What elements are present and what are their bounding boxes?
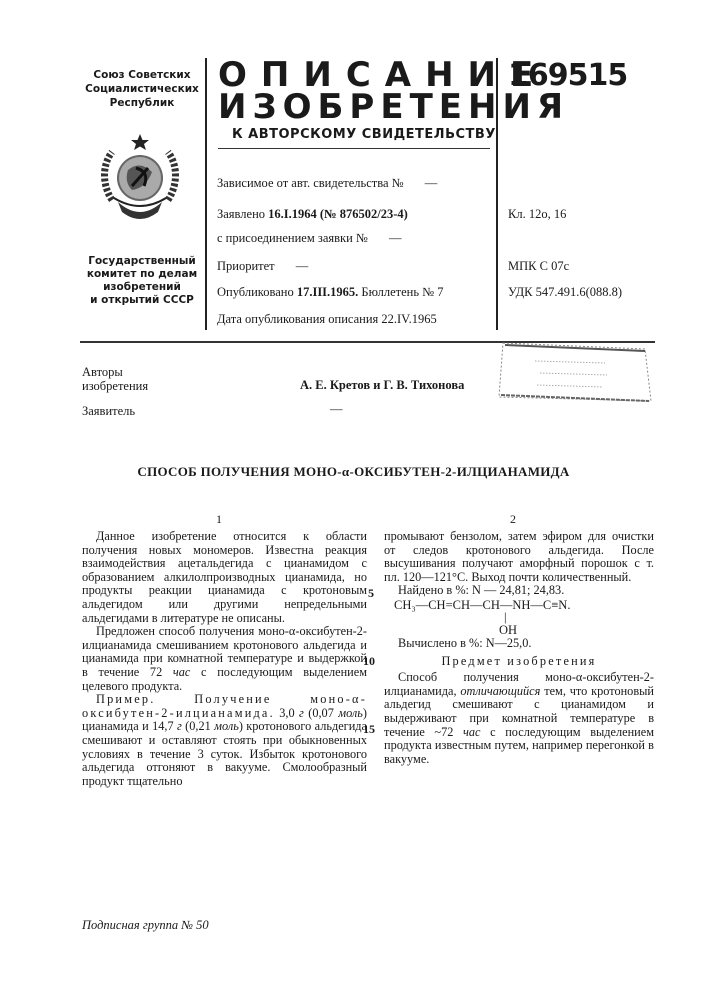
state-line: Социалистических bbox=[82, 82, 202, 96]
example-paragraph: Пример. Получение моно-α-оксибутен-2-илц… bbox=[82, 693, 367, 788]
column-2-text: промывают бензолом, затем эфиром для очи… bbox=[384, 530, 654, 766]
unit: моль bbox=[338, 706, 363, 720]
text-run: (0,07 bbox=[304, 706, 338, 720]
meta-value: — bbox=[389, 231, 402, 245]
meta-label: Опубликовано bbox=[217, 285, 294, 299]
priority: Приоритет — bbox=[217, 259, 308, 273]
line-number: 10 bbox=[363, 654, 375, 669]
udc-code: УДК 547.491.6(088.8) bbox=[508, 285, 622, 300]
meta-value: 17.III.1965. bbox=[297, 285, 358, 299]
state-line: Союз Советских bbox=[82, 68, 202, 82]
meta-value: — bbox=[425, 176, 438, 190]
committee-line: Государственный bbox=[80, 255, 204, 268]
text-run: час bbox=[173, 665, 190, 679]
text-run: (0,21 bbox=[182, 719, 214, 733]
label-line: Авторы bbox=[82, 365, 148, 379]
formula-hydroxyl: OH bbox=[384, 623, 654, 637]
text-run: отличающийся bbox=[460, 684, 540, 698]
chemical-formula: CH₃—CH=CH—CH—NH—C≡N. bbox=[384, 598, 654, 612]
committee-line: и открытий СССР bbox=[80, 294, 204, 307]
document-subtitle: К АВТОРСКОМУ СВИДЕТЕЛЬСТВУ bbox=[232, 127, 496, 142]
unit: моль bbox=[214, 719, 239, 733]
label-line: изобретения bbox=[82, 379, 148, 393]
text-run: час bbox=[463, 725, 480, 739]
published-date: Опубликовано 17.III.1965. Бюллетень № 7 bbox=[217, 285, 443, 299]
filed-date: Заявлено 16.I.1964 (№ 876502/23-4) bbox=[217, 207, 408, 221]
state-line: Республик bbox=[82, 96, 202, 110]
dependent-certificate: Зависимое от авт. свидетельства № — bbox=[217, 176, 437, 190]
patent-number: 169515 bbox=[508, 58, 627, 93]
applicant-value: — bbox=[330, 402, 343, 417]
column-1-text: Данное изобретение относится к области п… bbox=[82, 530, 367, 788]
applicant-label: Заявитель bbox=[82, 404, 135, 418]
committee-name: Государственный комитет по делам изобрет… bbox=[80, 255, 204, 307]
paragraph: Данное изобретение относится к области п… bbox=[82, 530, 367, 625]
authors-label: Авторы изобретения bbox=[82, 365, 148, 393]
committee-line: изобретений bbox=[80, 281, 204, 294]
found-analysis: Найдено в %: N — 24,81; 24,83. bbox=[384, 584, 654, 598]
claims-heading: Предмет изобретения bbox=[384, 655, 654, 669]
line-number: 15 bbox=[363, 722, 375, 737]
calculated-analysis: Вычислено в %: N—25,0. bbox=[384, 637, 654, 651]
line-number: 5 bbox=[368, 586, 374, 601]
invention-title: СПОСОБ ПОЛУЧЕНИЯ МОНО-α-ОКСИБУТЕН-2-ИЛЦИ… bbox=[0, 464, 707, 480]
meta-value: — bbox=[296, 259, 309, 273]
column-number-1: 1 bbox=[216, 512, 222, 527]
meta-label: Приоритет bbox=[217, 259, 275, 273]
ussr-emblem-icon bbox=[98, 130, 182, 226]
title-underline bbox=[218, 148, 490, 149]
text-run: 3,0 bbox=[275, 706, 299, 720]
meta-label: с присоединением заявки № bbox=[217, 231, 368, 245]
attached-application: с присоединением заявки № — bbox=[217, 231, 401, 245]
paragraph: промывают бензолом, затем эфиром для очи… bbox=[384, 530, 654, 584]
author-names: А. Е. Кретов и Г. В. Тихонова bbox=[300, 378, 464, 393]
ipc-code: МПК С 07с bbox=[508, 259, 569, 274]
vertical-divider bbox=[205, 58, 207, 330]
meta-value: 16.I.1964 (№ 876502/23-4) bbox=[268, 207, 408, 221]
class-code: Кл. 12о, 16 bbox=[508, 207, 566, 222]
document-title-line2: ИЗОБРЕТЕНИЯ bbox=[218, 90, 569, 124]
state-name: Союз Советских Социалистических Республи… bbox=[82, 68, 202, 110]
library-stamp-icon bbox=[495, 341, 655, 406]
bulletin-number: Бюллетень № 7 bbox=[361, 285, 443, 299]
committee-line: комитет по делам bbox=[80, 268, 204, 281]
formula-bond: | bbox=[384, 612, 654, 623]
paragraph: Предложен способ получения моно-α-оксибу… bbox=[82, 625, 367, 693]
subscription-group: Подписная группа № 50 bbox=[82, 918, 209, 933]
meta-label: Заявлено bbox=[217, 207, 265, 221]
meta-label: Зависимое от авт. свидетельства № bbox=[217, 176, 404, 190]
column-number-2: 2 bbox=[510, 512, 516, 527]
claim-paragraph: Способ получения моно-α-оксибутен-2-илци… bbox=[384, 671, 654, 766]
description-publication-date: Дата опубликования описания 22.IV.1965 bbox=[217, 312, 437, 326]
